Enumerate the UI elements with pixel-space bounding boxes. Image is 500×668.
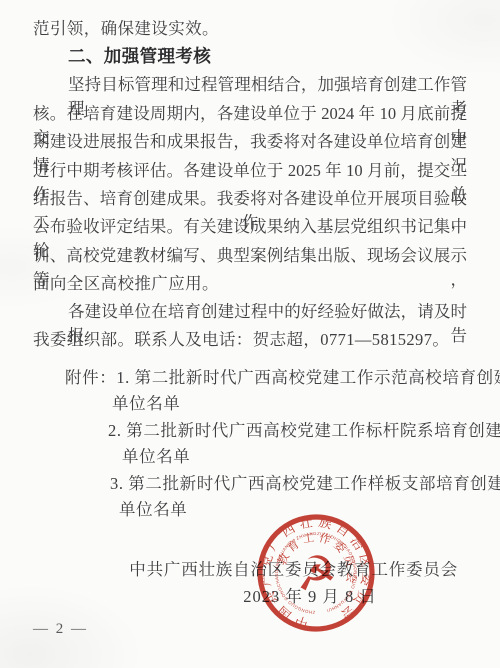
para1-line-8: 面向全区高校推广应用。 — [33, 272, 467, 296]
attachment-item-1-text: 1. 第二批新时代广西高校党建工作示范高校培育创建 — [116, 368, 500, 387]
document-page: 范引领，确保建设实效。 二、加强管理考核 坚持目标管理和过程管理相结合，加强培育… — [0, 0, 500, 668]
official-seal: 中国共产党广西壮族自治区委员会 教育工作委员会 ZHONGGUO GONGCHA… — [237, 494, 395, 652]
attachment-item-2-line-1: 2. 第二批新时代广西高校党建工作标杆院系培育创建 — [108, 419, 500, 443]
attachment-item-1-line-1: 附件：1. 第二批新时代广西高校党建工作示范高校培育创建 — [65, 366, 500, 390]
attachment-item-3-line-1: 3. 第二批新时代广西高校党建工作样板支部培育创建 — [110, 472, 500, 496]
attachment-label: 附件： — [65, 368, 116, 387]
carryover-line: 范引领，确保建设实效。 — [33, 17, 467, 41]
hammer-sickle-icon: ☭ — [293, 544, 340, 602]
para2-line-2: 我委组织部。联系人及电话：贺志超，0771—5815297。 — [33, 328, 467, 352]
section-heading: 二、加强管理考核 — [33, 44, 467, 68]
page-number: — 2 — — [33, 621, 88, 638]
attachment-item-1-line-2: 单位名单 — [112, 392, 180, 416]
attachment-item-3-line-2: 单位名单 — [119, 498, 187, 522]
attachment-item-2-line-2: 单位名单 — [122, 445, 190, 469]
